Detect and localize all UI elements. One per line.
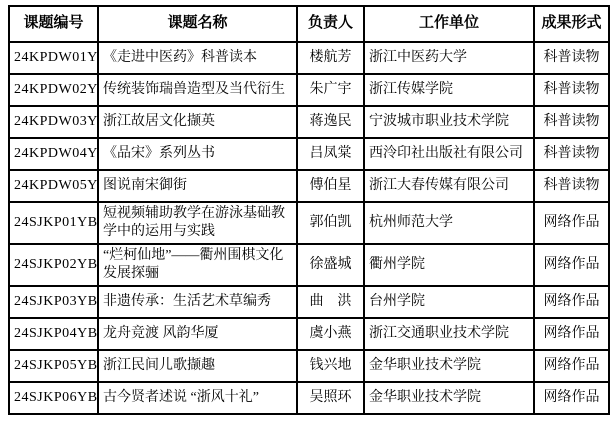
cell-form: 网络作品 — [534, 318, 609, 350]
cell-form: 网络作品 — [534, 350, 609, 382]
cell-form: 网络作品 — [534, 382, 609, 414]
cell-leader: 吴照环 — [297, 382, 364, 414]
cell-leader: 蒋逸民 — [297, 106, 364, 138]
cell-leader: 郭伯凯 — [297, 202, 364, 244]
cell-leader: 曲 洪 — [297, 286, 364, 318]
cell-project-title: 《品宋》系列丛书 — [98, 138, 297, 170]
table-row: 24SJKP05YB 浙江民间儿歌撷趣 钱兴地 金华职业技术学院 网络作品 — [9, 350, 609, 382]
table-row: 24SJKP04YB 龙舟竞渡 风韵华厦 虞小燕 浙江交通职业技术学院 网络作品 — [9, 318, 609, 350]
table-row: 24KPDW04YB 《品宋》系列丛书 吕凤棠 西泠印社出版社有限公司 科普读物 — [9, 138, 609, 170]
cell-unit: 浙江大春传媒有限公司 — [364, 170, 534, 202]
cell-project-title: 古今贤者述说 “浙风十礼” — [98, 382, 297, 414]
cell-leader: 虞小燕 — [297, 318, 364, 350]
cell-project-id: 24SJKP04YB — [9, 318, 98, 350]
cell-form: 科普读物 — [534, 138, 609, 170]
cell-project-id: 24KPDW03YB — [9, 106, 98, 138]
cell-unit: 杭州师范大学 — [364, 202, 534, 244]
header-cell-unit: 工作单位 — [364, 6, 534, 42]
cell-unit: 浙江传媒学院 — [364, 74, 534, 106]
table-row: 24SJKP03YB 非遗传承：生活艺术草编秀 曲 洪 台州学院 网络作品 — [9, 286, 609, 318]
cell-leader: 楼航芳 — [297, 42, 364, 74]
cell-unit: 金华职业技术学院 — [364, 350, 534, 382]
header-cell-project-id: 课题编号 — [9, 6, 98, 42]
cell-project-id: 24KPDW02YB — [9, 74, 98, 106]
cell-project-id: 24SJKP06YB — [9, 382, 98, 414]
cell-project-title: 《走进中医药》科普读本 — [98, 42, 297, 74]
cell-project-id: 24SJKP05YB — [9, 350, 98, 382]
table-row: 24SJKP06YB 古今贤者述说 “浙风十礼” 吴照环 金华职业技术学院 网络… — [9, 382, 609, 414]
cell-project-id: 24SJKP01YB — [9, 202, 98, 244]
table-row: 24KPDW05YB 图说南宋御街 傅伯星 浙江大春传媒有限公司 科普读物 — [9, 170, 609, 202]
table-row: 24SJKP02YB “烂柯仙地”——衢州围棋文化发展探骊 徐盛城 衢州学院 网… — [9, 244, 609, 286]
cell-project-id: 24KPDW01YB — [9, 42, 98, 74]
cell-project-id: 24SJKP03YB — [9, 286, 98, 318]
table-row: 24SJKP01YB 短视频辅助教学在游泳基础教学中的运用与实践 郭伯凯 杭州师… — [9, 202, 609, 244]
cell-unit: 浙江交通职业技术学院 — [364, 318, 534, 350]
table-row: 24KPDW02YB 传统装饰瑞兽造型及当代衍生 朱广宇 浙江传媒学院 科普读物 — [9, 74, 609, 106]
cell-form: 网络作品 — [534, 202, 609, 244]
cell-project-title: 图说南宋御街 — [98, 170, 297, 202]
cell-unit: 西泠印社出版社有限公司 — [364, 138, 534, 170]
cell-leader: 傅伯星 — [297, 170, 364, 202]
cell-form: 网络作品 — [534, 286, 609, 318]
document-page: 课题编号 课题名称 负责人 工作单位 成果形式 24KPDW01YB 《走进中医… — [0, 0, 616, 436]
table-row: 24KPDW01YB 《走进中医药》科普读本 楼航芳 浙江中医药大学 科普读物 — [9, 42, 609, 74]
header-cell-leader: 负责人 — [297, 6, 364, 42]
cell-project-id: 24SJKP02YB — [9, 244, 98, 286]
cell-project-title: 浙江故居文化撷英 — [98, 106, 297, 138]
cell-project-title: “烂柯仙地”——衢州围棋文化发展探骊 — [98, 244, 297, 286]
cell-leader: 徐盛城 — [297, 244, 364, 286]
cell-form: 科普读物 — [534, 106, 609, 138]
table-row: 24KPDW03YB 浙江故居文化撷英 蒋逸民 宁波城市职业技术学院 科普读物 — [9, 106, 609, 138]
cell-project-title: 浙江民间儿歌撷趣 — [98, 350, 297, 382]
cell-project-title: 非遗传承：生活艺术草编秀 — [98, 286, 297, 318]
cell-project-id: 24KPDW04YB — [9, 138, 98, 170]
cell-project-id: 24KPDW05YB — [9, 170, 98, 202]
results-table: 课题编号 课题名称 负责人 工作单位 成果形式 24KPDW01YB 《走进中医… — [8, 5, 610, 415]
cell-unit: 台州学院 — [364, 286, 534, 318]
cell-form: 科普读物 — [534, 170, 609, 202]
cell-project-title: 龙舟竞渡 风韵华厦 — [98, 318, 297, 350]
cell-unit: 金华职业技术学院 — [364, 382, 534, 414]
cell-form: 科普读物 — [534, 74, 609, 106]
header-cell-project-title: 课题名称 — [98, 6, 297, 42]
header-cell-form: 成果形式 — [534, 6, 609, 42]
cell-leader: 吕凤棠 — [297, 138, 364, 170]
cell-leader: 朱广宇 — [297, 74, 364, 106]
cell-leader: 钱兴地 — [297, 350, 364, 382]
cell-unit: 衢州学院 — [364, 244, 534, 286]
cell-project-title: 短视频辅助教学在游泳基础教学中的运用与实践 — [98, 202, 297, 244]
cell-form: 网络作品 — [534, 244, 609, 286]
cell-form: 科普读物 — [534, 42, 609, 74]
cell-project-title: 传统装饰瑞兽造型及当代衍生 — [98, 74, 297, 106]
cell-unit: 浙江中医药大学 — [364, 42, 534, 74]
cell-unit: 宁波城市职业技术学院 — [364, 106, 534, 138]
header-row: 课题编号 课题名称 负责人 工作单位 成果形式 — [9, 6, 609, 42]
